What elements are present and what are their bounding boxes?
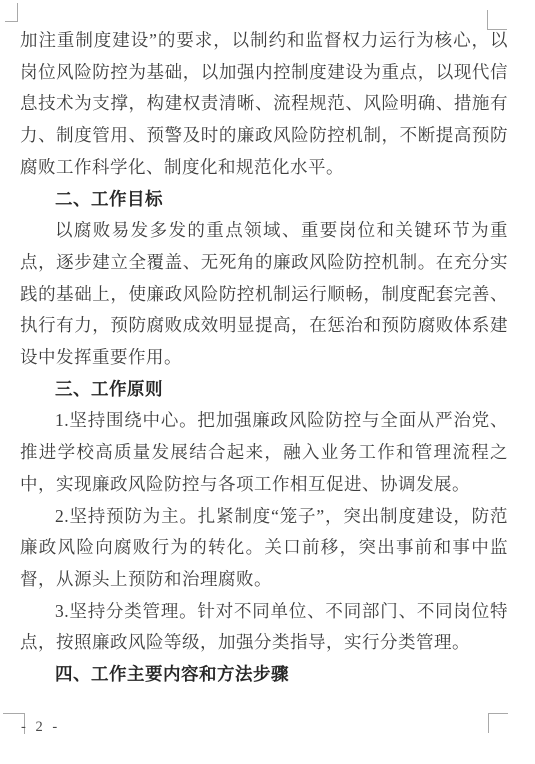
- paragraph-principle-2: 2.坚持预防为主。扎紧制度“笼子”，突出制度建设，防范廉政风险向腐败行为的转化。…: [20, 501, 508, 596]
- heading-section-3-work-principles: 三、工作原则: [20, 374, 508, 406]
- heading-section-2-work-goals: 二、工作目标: [20, 184, 508, 216]
- paragraph-principle-3: 3.坚持分类管理。针对不同单位、不同部门、不同岗位特点，按照廉政风险等级，加强分…: [20, 596, 508, 659]
- paragraph-work-goals: 以腐败易发多发的重点领域、重要岗位和关键环节为重点，逐步建立全覆盖、无死角的廉政…: [20, 215, 508, 374]
- paragraph-principle-1: 1.坚持围绕中心。把加强廉政风险防控与全面从严治党、推进学校高质量发展结合起来，…: [20, 405, 508, 500]
- paragraph-continuation: 加注重制度建设”的要求，以制约和监督权力运行为核心，以岗位风险防控为基础，以加强…: [20, 25, 508, 184]
- heading-section-4-main-content: 四、工作主要内容和方法步骤: [20, 659, 508, 691]
- crop-mark-top-left: [5, 3, 18, 22]
- crop-mark-bottom-right: [488, 713, 508, 733]
- document-page: 加注重制度建设”的要求，以制约和监督权力运行为核心，以岗位风险防控为基础，以加强…: [0, 0, 535, 764]
- page-number: - 2 -: [21, 719, 60, 736]
- document-body: 加注重制度建设”的要求，以制约和监督权力运行为核心，以岗位风险防控为基础，以加强…: [20, 25, 508, 691]
